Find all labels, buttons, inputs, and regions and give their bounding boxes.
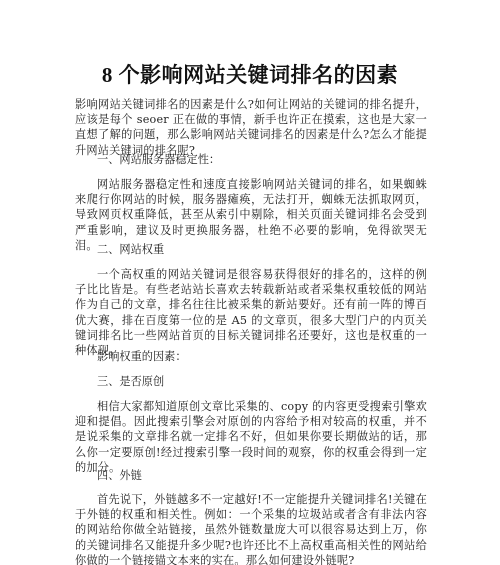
section-2-text: 一个高权重的网站关键词是很容易获得很好的排名的，这样的例子比比皆是。有些老站站长… bbox=[75, 267, 427, 358]
section-3-body: 相信大家都知道原创文章比采集的、copy 的内容更受搜索引擎欢迎和提倡。因此搜索… bbox=[75, 399, 427, 475]
section-2-heading: 二、网站权重 bbox=[97, 242, 164, 257]
section-4-body: 首先说下，外链越多不一定越好!不一定能提升关键词排名!关键在于外链的权重和相关性… bbox=[75, 492, 427, 565]
document-title: 8 个影响网站关键词排名的因素 bbox=[0, 62, 500, 88]
intro-paragraph: 影响网站关键词排名的因素是什么?如何让网站的关键词的排名提升，应该是每个 seo… bbox=[75, 97, 427, 158]
section-4-heading: 四、外链 bbox=[97, 468, 142, 483]
weight-factors-heading: 影响权重的因素： bbox=[97, 349, 187, 364]
section-3-text: 相信大家都知道原创文章比采集的、copy 的内容更受搜索引擎欢迎和提倡。因此搜索… bbox=[75, 399, 427, 475]
section-2-body: 一个高权重的网站关键词是很容易获得很好的排名的，这样的例子比比皆是。有些老站站长… bbox=[75, 267, 427, 358]
intro-text: 影响网站关键词排名的因素是什么?如何让网站的关键词的排名提升，应该是每个 seo… bbox=[75, 97, 427, 158]
section-4-text: 首先说下，外链越多不一定越好!不一定能提升关键词排名!关键在于外链的权重和相关性… bbox=[75, 492, 427, 565]
section-3-heading: 三、是否原创 bbox=[97, 374, 164, 389]
section-1-heading: 一、网站服务器稳定性： bbox=[97, 152, 220, 167]
